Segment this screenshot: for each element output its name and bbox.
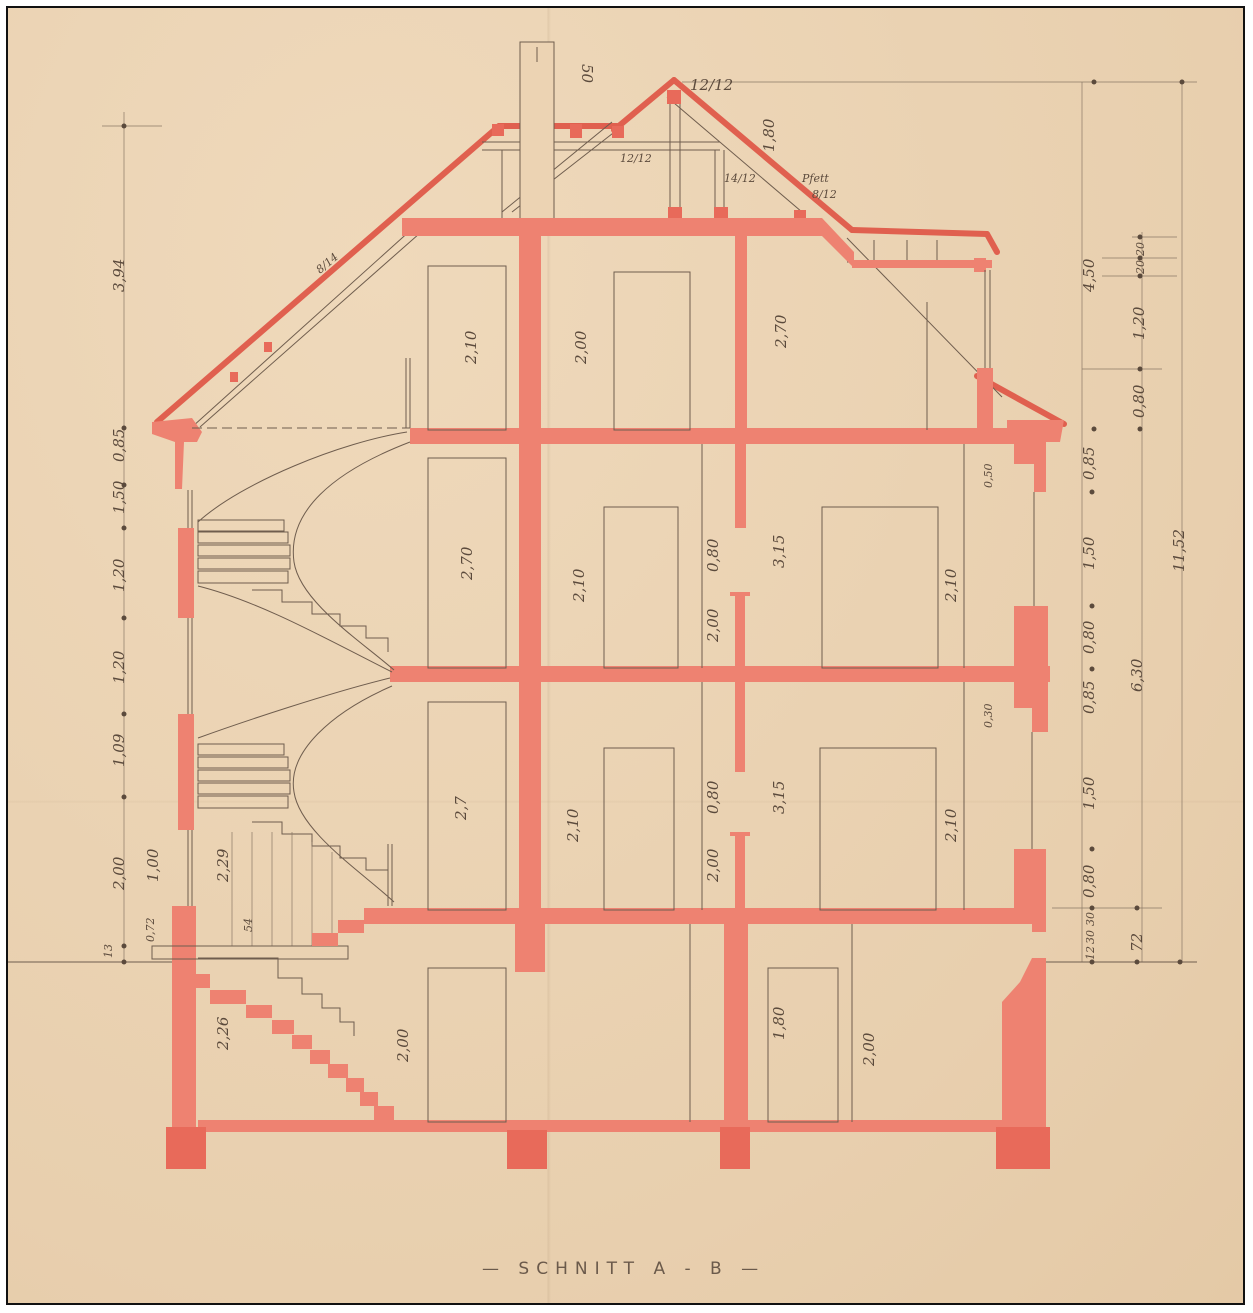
dimension-lines bbox=[8, 80, 1197, 965]
label-upper-door-right: 2,10 bbox=[942, 568, 960, 603]
label-step: 54 bbox=[242, 918, 255, 932]
drawing-sheet: 50 12/12 12/12 14/12 Pfett 8/12 8/14 1,8… bbox=[6, 6, 1245, 1305]
label-eaves: 0,85 bbox=[110, 429, 128, 462]
label-chimney-height: 50 bbox=[578, 64, 596, 84]
label-base: 0,72 bbox=[144, 918, 157, 943]
label-sill: 0,80 bbox=[1130, 384, 1148, 418]
label-cellar-stair: 2,26 bbox=[214, 1016, 232, 1051]
label-upper-door-mid: 2,10 bbox=[570, 568, 588, 603]
label-purlin: Pfett bbox=[801, 172, 829, 185]
label-lower-door-right: 2,10 bbox=[942, 808, 960, 843]
label-lower-door-left: 2,7 bbox=[452, 796, 470, 821]
label-upper-wall-low: 2,00 bbox=[704, 608, 722, 643]
label-upper-eaves: 0,85 bbox=[1080, 447, 1098, 480]
label-upper-floor-height: 3,15 bbox=[770, 535, 788, 568]
floor-slabs bbox=[198, 218, 1050, 1132]
label-post: 14/12 bbox=[724, 172, 756, 185]
label-roof-total: 4,50 bbox=[1080, 258, 1098, 293]
label-plinth-b: 30 bbox=[1084, 930, 1097, 944]
label-knee-wall: 1,20 bbox=[1130, 306, 1148, 340]
label-upper-transom: 0,80 bbox=[704, 538, 722, 572]
label-lower-transom: 0,80 bbox=[704, 780, 722, 814]
label-window-lower: 1,09 bbox=[110, 733, 128, 767]
label-lower-window: 1,50 bbox=[1080, 776, 1098, 810]
label-lower-wall-low: 2,00 bbox=[704, 848, 722, 883]
label-top-small-b: 20 bbox=[1134, 260, 1147, 275]
dimension-dots bbox=[122, 80, 1185, 965]
interior-dimension-labels: 2,10 2,00 2,70 2,70 2,10 0,80 2,00 3,15 … bbox=[214, 314, 995, 1067]
label-level-mark: 13 bbox=[102, 944, 115, 958]
label-ridge-timber: 12/12 bbox=[690, 76, 733, 94]
label-mid-lintel: 0,85 bbox=[1080, 681, 1098, 714]
label-upper-right-lintel: 0,50 bbox=[982, 464, 995, 489]
label-hall-height: 2,29 bbox=[214, 848, 232, 883]
label-lower-right-lintel: 0,30 bbox=[982, 704, 995, 729]
label-lintel: 1,50 bbox=[110, 480, 128, 514]
label-window-upper: 1,20 bbox=[110, 558, 128, 592]
label-attic-room-height: 2,70 bbox=[772, 314, 790, 349]
label-building-total: 11,52 bbox=[1170, 529, 1188, 572]
label-pier: 1,20 bbox=[110, 650, 128, 684]
roof-labels: 50 12/12 12/12 14/12 Pfett 8/12 8/14 1,8… bbox=[314, 64, 837, 276]
label-plinth-a: 30 bbox=[1084, 912, 1097, 926]
drawing-title: — SCHNITT A - B — bbox=[482, 1259, 765, 1279]
section-drawing: 50 12/12 12/12 14/12 Pfett 8/12 8/14 1,8… bbox=[8, 8, 1247, 1307]
label-ground-window: 2,00 bbox=[110, 856, 128, 891]
label-lower-door-mid: 2,10 bbox=[564, 808, 582, 843]
label-purlin-size: 8/12 bbox=[812, 188, 837, 201]
label-lower-parapet: 0,80 bbox=[1080, 864, 1098, 898]
label-attic-height: 1,80 bbox=[760, 118, 778, 152]
label-upper-parapet: 0,80 bbox=[1080, 620, 1098, 654]
label-upper-door-left: 2,70 bbox=[458, 546, 476, 581]
label-plinth-c: 12 bbox=[1084, 946, 1097, 960]
label-cellar-right: 2,00 bbox=[860, 1032, 878, 1067]
label-roof-height: 3,94 bbox=[110, 259, 128, 292]
label-floors-total: 6,30 bbox=[1128, 658, 1146, 692]
walls bbox=[166, 218, 1050, 1169]
label-attic-door-mid: 2,00 bbox=[572, 330, 590, 365]
label-upper-window: 1,50 bbox=[1080, 536, 1098, 570]
label-cellar-door: 1,80 bbox=[770, 1006, 788, 1040]
label-cellar-height: 2,00 bbox=[394, 1028, 412, 1063]
right-dimension-labels: 4,50 20 20 1,20 0,80 0,85 1,50 0,80 0,85… bbox=[1080, 242, 1188, 960]
label-attic-door-left: 2,10 bbox=[462, 330, 480, 365]
label-ground-sill: 1,00 bbox=[144, 848, 162, 882]
label-lower-floor-height: 3,15 bbox=[770, 781, 788, 814]
label-top-small-a: 20 bbox=[1134, 242, 1147, 257]
label-plinth-height: 72 bbox=[1128, 933, 1146, 952]
label-collar-beam: 12/12 bbox=[620, 152, 652, 165]
